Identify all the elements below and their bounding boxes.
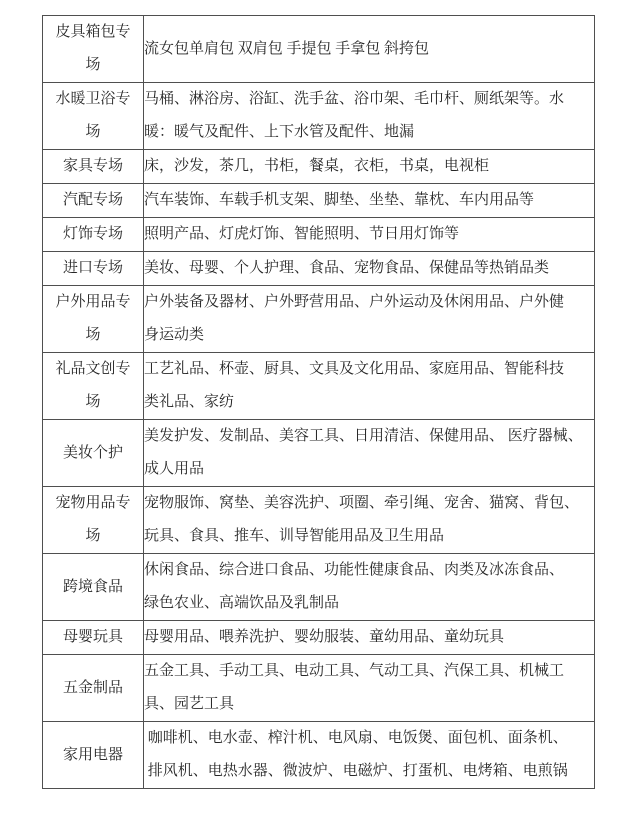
category-cell: 户外用品专 场	[43, 286, 144, 353]
category-cell: 水暖卫浴专 场	[43, 83, 144, 150]
catalog-table-body: 皮具箱包专 场 流女包单肩包 双肩包 手提包 手拿包 斜挎包 水暖卫浴专 场 马…	[43, 16, 595, 789]
table-row: 母婴玩具 母婴用品、喂养洗护、婴幼服装、童幼用品、童幼玩具	[43, 621, 595, 655]
category-cell: 皮具箱包专 场	[43, 16, 144, 83]
items-cell: 五金工具、手动工具、电动工具、气动工具、汽保工具、机械工 具、园艺工具	[144, 655, 595, 722]
items-cell: 宠物服饰、窝垫、美容洗护、项圈、牵引绳、宠舍、猫窝、背包、 玩具、食具、推车、训…	[144, 487, 595, 554]
table-row: 跨境食品 休闲食品、综合进口食品、功能性健康食品、肉类及冰冻食品、 绿色农业、高…	[43, 554, 595, 621]
items-cell: 休闲食品、综合进口食品、功能性健康食品、肉类及冰冻食品、 绿色农业、高端饮品及乳…	[144, 554, 595, 621]
document-page: 皮具箱包专 场 流女包单肩包 双肩包 手提包 手拿包 斜挎包 水暖卫浴专 场 马…	[0, 0, 622, 833]
category-cell: 宠物用品专 场	[43, 487, 144, 554]
items-cell: 咖啡机、电水壶、榨汁机、电风扇、电饭煲、面包机、面条机、 排风机、电热水器、微波…	[144, 722, 595, 789]
category-cell: 家具专场	[43, 150, 144, 184]
category-cell: 进口专场	[43, 252, 144, 286]
table-row: 宠物用品专 场 宠物服饰、窝垫、美容洗护、项圈、牵引绳、宠舍、猫窝、背包、 玩具…	[43, 487, 595, 554]
table-row: 皮具箱包专 场 流女包单肩包 双肩包 手提包 手拿包 斜挎包	[43, 16, 595, 83]
table-row: 进口专场 美妆、母婴、个人护理、食品、宠物食品、保健品等热销品类	[43, 252, 595, 286]
items-cell: 工艺礼品、杯壶、厨具、文具及文化用品、家庭用品、智能科技 类礼品、家纺	[144, 353, 595, 420]
category-cell: 灯饰专场	[43, 218, 144, 252]
table-row: 户外用品专 场 户外装备及器材、户外野营用品、户外运动及休闲用品、户外健 身运动…	[43, 286, 595, 353]
table-row: 家用电器 咖啡机、电水壶、榨汁机、电风扇、电饭煲、面包机、面条机、 排风机、电热…	[43, 722, 595, 789]
table-row: 美妆个护 美发护发、发制品、美容工具、日用清洁、保健用品、 医疗器械、 成人用品	[43, 420, 595, 487]
items-cell: 美发护发、发制品、美容工具、日用清洁、保健用品、 医疗器械、 成人用品	[144, 420, 595, 487]
items-cell: 床，沙发，茶几，书柜，餐桌，衣柜，书桌，电视柜	[144, 150, 595, 184]
items-cell: 汽车装饰、车载手机支架、脚垫、坐垫、靠枕、车内用品等	[144, 184, 595, 218]
items-cell: 美妆、母婴、个人护理、食品、宠物食品、保健品等热销品类	[144, 252, 595, 286]
table-row: 五金制品 五金工具、手动工具、电动工具、气动工具、汽保工具、机械工 具、园艺工具	[43, 655, 595, 722]
table-row: 灯饰专场 照明产品、灯虎灯饰、智能照明、节日用灯饰等	[43, 218, 595, 252]
category-cell: 母婴玩具	[43, 621, 144, 655]
table-row: 汽配专场 汽车装饰、车载手机支架、脚垫、坐垫、靠枕、车内用品等	[43, 184, 595, 218]
category-cell: 家用电器	[43, 722, 144, 789]
category-cell: 五金制品	[43, 655, 144, 722]
catalog-table: 皮具箱包专 场 流女包单肩包 双肩包 手提包 手拿包 斜挎包 水暖卫浴专 场 马…	[42, 15, 595, 789]
items-cell: 户外装备及器材、户外野营用品、户外运动及休闲用品、户外健 身运动类	[144, 286, 595, 353]
items-cell: 马桶、淋浴房、浴缸、洗手盆、浴巾架、毛巾杆、厕纸架等。水 暖：暖气及配件、上下水…	[144, 83, 595, 150]
category-cell: 跨境食品	[43, 554, 144, 621]
category-cell: 礼品文创专 场	[43, 353, 144, 420]
items-cell: 流女包单肩包 双肩包 手提包 手拿包 斜挎包	[144, 16, 595, 83]
items-cell: 母婴用品、喂养洗护、婴幼服装、童幼用品、童幼玩具	[144, 621, 595, 655]
category-cell: 汽配专场	[43, 184, 144, 218]
items-cell: 照明产品、灯虎灯饰、智能照明、节日用灯饰等	[144, 218, 595, 252]
table-row: 水暖卫浴专 场 马桶、淋浴房、浴缸、洗手盆、浴巾架、毛巾杆、厕纸架等。水 暖：暖…	[43, 83, 595, 150]
category-cell: 美妆个护	[43, 420, 144, 487]
table-row: 礼品文创专 场 工艺礼品、杯壶、厨具、文具及文化用品、家庭用品、智能科技 类礼品…	[43, 353, 595, 420]
table-row: 家具专场 床，沙发，茶几，书柜，餐桌，衣柜，书桌，电视柜	[43, 150, 595, 184]
